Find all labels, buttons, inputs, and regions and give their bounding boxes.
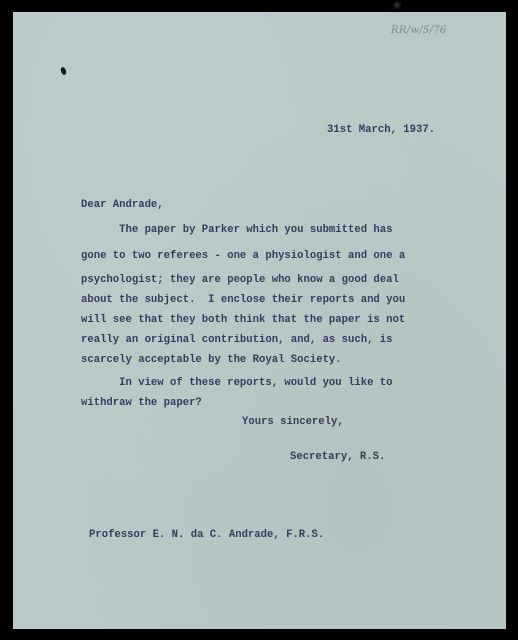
body-line: psychologist; they are people who know a… [81,275,399,286]
body-line: scarcely acceptable by the Royal Society… [81,355,342,366]
archive-reference: RR/w/5/76 [391,25,447,36]
closing: Yours sincerely, [242,417,344,428]
letter-date: 31st March, 1937. [327,125,435,136]
signature: Secretary, R.S. [290,452,385,463]
recipient-address: Professor E. N. da C. Andrade, F.R.S. [89,530,324,541]
body-line: gone to two referees - one a physiologis… [81,251,405,262]
body-line: about the subject. I enclose their repor… [81,295,405,306]
salutation: Dear Andrade, [81,200,164,211]
body-line: In view of these reports, would you like… [81,378,393,389]
body-line: The paper by Parker which you submitted … [81,225,393,236]
punch-hole-mark [60,66,67,75]
body-line: will see that they both think that the p… [81,315,405,326]
body-line: withdraw the paper? [81,398,202,409]
top-smudge [392,0,402,10]
body-line: really an original contribution, and, as… [81,335,393,346]
